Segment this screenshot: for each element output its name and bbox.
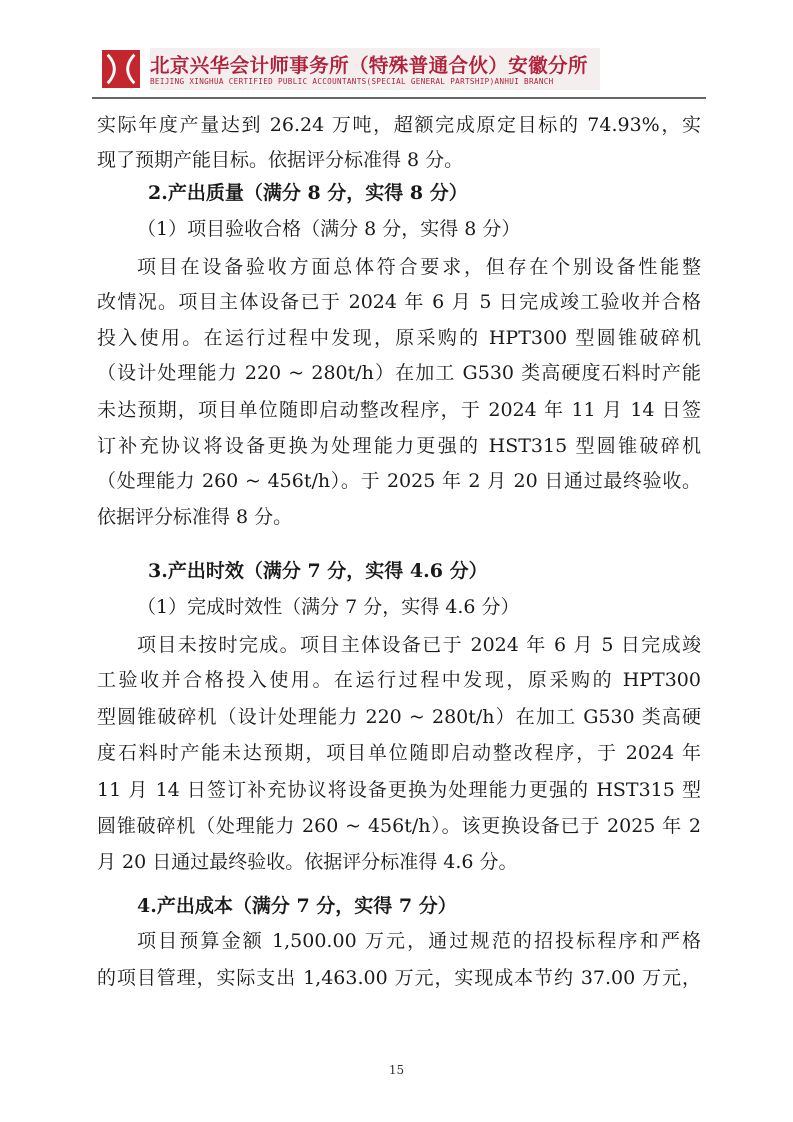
firm-name-en: BEIJING XINGHUA CERTIFIED PUBLIC ACCOUNT… — [150, 77, 554, 86]
body-line: 依据评分标准得 8 分。 — [97, 502, 701, 532]
body-line: 型圆锥破碎机（设计处理能力 220 ~ 280t/h）在加工 G530 类高硬 — [97, 702, 701, 732]
section-heading-output-timeliness: 3.产出时效（满分 7 分，实得 4.6 分） — [148, 556, 488, 586]
section-heading-output-cost: 4.产出成本（满分 7 分，实得 7 分） — [137, 891, 457, 921]
body-line: 项目在设备验收方面总体符合要求，但存在个别设备性能整 — [137, 252, 701, 282]
xinghua-logo-icon — [102, 50, 140, 88]
body-line: 项目预算金额 1,500.00 万元，通过规范的招投标程序和严格 — [137, 926, 701, 956]
body-line: 改情况。项目主体设备已于 2024 年 6 月 5 日完成竣工验收并合格 — [97, 287, 701, 317]
header-divider — [92, 97, 706, 99]
subsection-heading-timeliness: （1）完成时效性（满分 7 分，实得 4.6 分） — [137, 592, 520, 622]
body-line: 月 20 日通过最终验收。依据评分标准得 4.6 分。 — [97, 847, 701, 877]
body-line: 现了预期产能目标。依据评分标准得 8 分。 — [97, 145, 701, 175]
body-line: 工验收并合格投入使用。在运行过程中发现，原采购的 HPT300 — [97, 665, 701, 695]
body-line: （处理能力 260 ~ 456t/h）。于 2025 年 2 月 20 日通过最… — [97, 466, 701, 496]
page-number: 15 — [0, 1063, 793, 1077]
body-line: 实际年度产量达到 26.24 万吨，超额完成原定目标的 74.93%，实 — [97, 110, 701, 140]
body-line: 未达预期，项目单位随即启动整改程序，于 2024 年 11 月 14 日签 — [97, 395, 701, 425]
body-line: （设计处理能力 220 ~ 280t/h）在加工 G530 类高硬度石料时产能 — [97, 358, 701, 388]
subsection-heading-acceptance: （1）项目验收合格（满分 8 分，实得 8 分） — [137, 214, 520, 244]
body-line: 的项目管理，实际支出 1,463.00 万元，实现成本节约 37.00 万元， — [97, 963, 701, 993]
body-line: 投入使用。在运行过程中发现，原采购的 HPT300 型圆锥破碎机 — [97, 323, 701, 353]
body-line: 订补充协议将设备更换为处理能力更强的 HST315 型圆锥破碎机 — [97, 431, 701, 461]
section-heading-output-quality: 2.产出质量（满分 8 分，实得 8 分） — [148, 178, 468, 208]
body-line: 度石料时产能未达预期，项目单位随即启动整改程序，于 2024 年 — [97, 738, 701, 768]
body-line: 圆锥破碎机（处理能力 260 ~ 456t/h）。该更换设备已于 2025 年 … — [97, 811, 701, 841]
body-line: 项目未按时完成。项目主体设备已于 2024 年 6 月 5 日完成竣 — [137, 630, 701, 660]
letterhead: 北京兴华会计师事务所（特殊普通合伙）安徽分所 BEIJING XINGHUA C… — [98, 45, 698, 93]
body-line: 11 月 14 日签订补充协议将设备更换为处理能力更强的 HST315 型 — [97, 775, 701, 805]
firm-name-cn: 北京兴华会计师事务所（特殊普通合伙）安徽分所 — [150, 50, 588, 78]
